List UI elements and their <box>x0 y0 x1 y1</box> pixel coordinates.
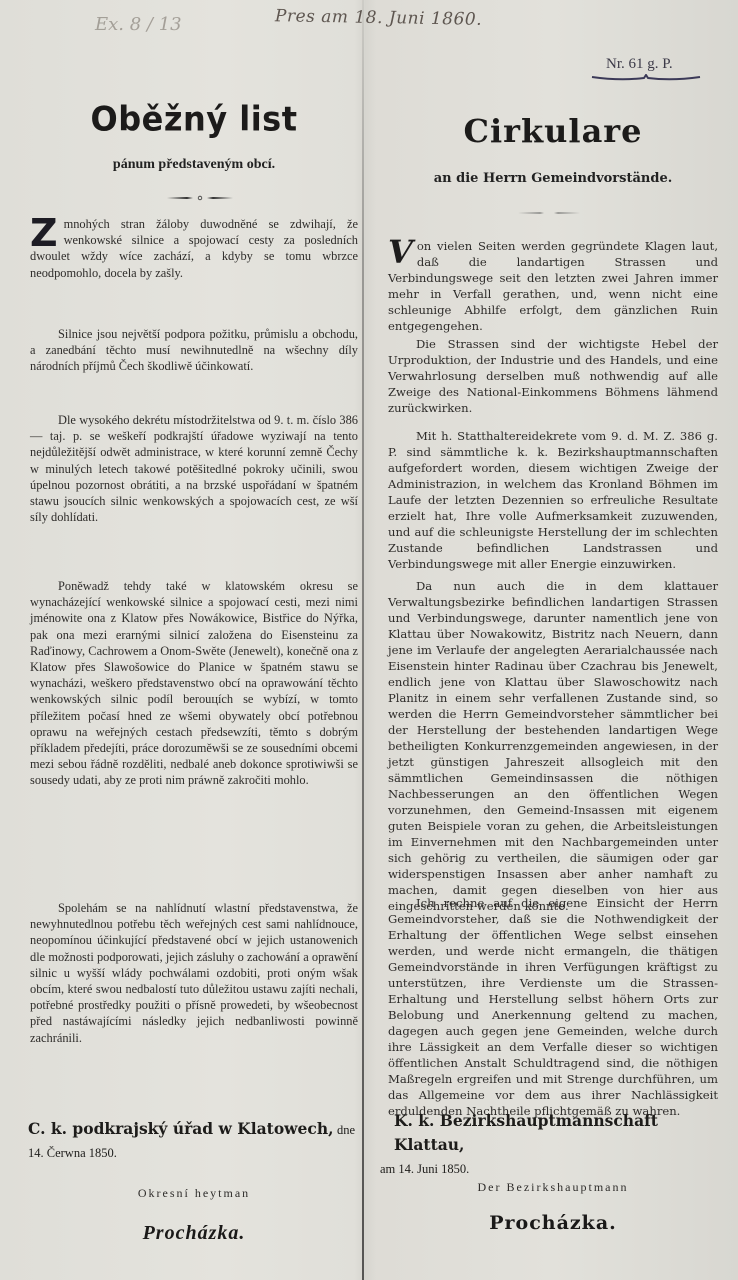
handwritten-scribble: Ex. 8 / 13 <box>95 14 182 35</box>
german-signature-date: am 14. Juni 1850. <box>380 1158 710 1180</box>
czech-paragraph-4: Poněwadž tehdy také w klatowském okresu … <box>30 578 358 789</box>
czech-signatory-name: Procházka. <box>30 1222 358 1245</box>
czech-divider-ornament <box>165 195 235 201</box>
czech-paragraph-3: Dle wysokého dekrétu místodržitelstwa od… <box>30 412 358 525</box>
reference-number: Nr. 61 g. P. <box>606 56 673 73</box>
czech-paragraph-1: Zmnohých stran žáloby duwodněné se zdwih… <box>30 216 358 281</box>
german-paragraph-1: Von vielen Seiten werden gegründete Klag… <box>388 238 718 334</box>
german-subtitle: an die Herrn Gemeindvorstände. <box>388 171 718 186</box>
czech-paragraph-5: Spolehám se na nahlídnutí wlastní předst… <box>30 900 358 1046</box>
german-paragraph-1-text: on vielen Seiten werden gegründete Klage… <box>388 239 718 333</box>
czech-paragraph-1-text: mnohých stran žáloby duwodněné se zdwiha… <box>30 217 358 280</box>
reference-swash-ornament <box>590 74 702 82</box>
german-divider-ornament <box>516 210 582 216</box>
czech-paragraph-2: Silnice jsou největší podpora požitku, p… <box>30 326 358 375</box>
czech-dropcap: Z <box>30 218 58 248</box>
czech-signatory-title: Okresní heytman <box>30 1186 358 1201</box>
german-paragraph-3: Mit h. Statthaltereidekrete vom 9. d. M.… <box>388 428 718 572</box>
czech-title: Oběžný list <box>30 99 358 139</box>
german-title: Cirkulare <box>388 112 718 150</box>
czech-signature-office: C. k. podkrajský úřad w Klatowech, dne 1… <box>28 1118 356 1165</box>
german-paragraph-4: Da nun auch die in dem klattauer Verwalt… <box>388 578 718 914</box>
handwritten-receipt-note: Pres am 18. Juni 1860. <box>275 6 482 30</box>
page-fold-divider <box>362 0 364 1280</box>
german-dropcap: V <box>388 238 413 266</box>
circular-document: Ex. 8 / 13 Pres am 18. Juni 1860. Nr. 61… <box>0 0 738 1280</box>
german-signatory-name: Procházka. <box>388 1212 718 1234</box>
german-office-name: K. k. Bezirkshauptmannschaft Klattau, <box>394 1111 658 1154</box>
german-signatory-title: Der Bezirkshauptmann <box>388 1180 718 1195</box>
czech-office-name: C. k. podkrajský úřad w Klatowech, <box>28 1119 334 1138</box>
german-paragraph-2: Die Strassen sind der wichtigste Hebel d… <box>388 336 718 416</box>
czech-subtitle: pánum představeným obcí. <box>30 157 358 173</box>
german-signature-office: K. k. Bezirkshauptmannschaft Klattau, am… <box>380 1110 710 1180</box>
german-paragraph-5: Ich rechne auf die eigene Einsicht der H… <box>388 895 718 1119</box>
